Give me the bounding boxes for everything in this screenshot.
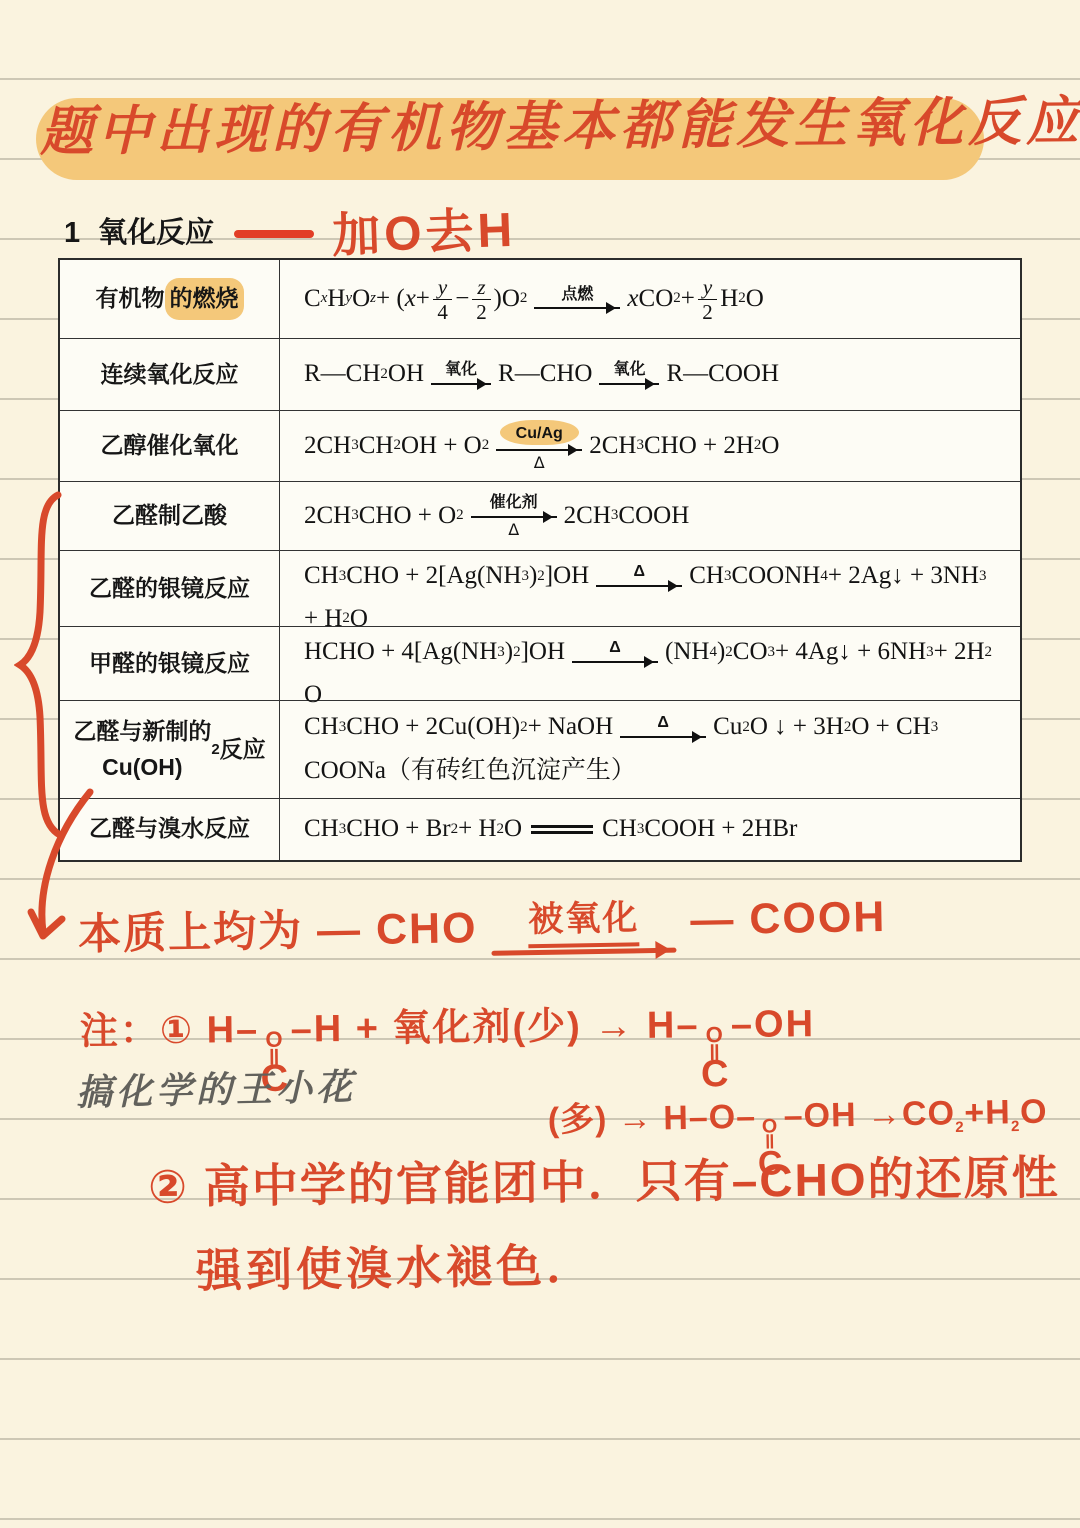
note-3-line2: 强到使溴水褪色． [196, 1229, 597, 1301]
section-title: 氧化反应 [98, 210, 214, 251]
row-label: 乙醛与新制的Cu(OH)2 反应 [60, 701, 280, 797]
page-title: 题中出现的有机物基本都能发生氧化反应 [40, 81, 1001, 175]
row-equation: CH3CHO + Br2 + H2OCH3COOH + 2HBr [280, 799, 1020, 860]
row-equation: CH3CHO + 2[Ag(NH3)2]OHΔCH3COONH4 + 2Ag↓ … [280, 551, 1020, 626]
row-label: 有机物的燃烧 [60, 260, 280, 338]
row-label: 乙醛制乙酸 [60, 482, 280, 550]
table-row: 甲醛的银镜反应 HCHO + 4[Ag(NH3)2]OHΔ(NH4)2CO3 +… [60, 627, 1020, 701]
row-label: 甲醛的银镜反应 [60, 627, 280, 700]
row-equation: 2CH3CHO + O2催化剂Δ2CH3COOH [280, 482, 1020, 550]
section-number: 1 [64, 217, 80, 250]
row-label: 乙醛的银镜反应 [60, 551, 280, 626]
note-3-line1: ② 高中学的官能团中．只有–CHO的还原性 [148, 1141, 1060, 1217]
table-row: 乙醛与溴水反应 CH3CHO + Br2 + H2OCH3COOH + 2HBr [60, 799, 1020, 860]
row-equation: CxHyOz + (x + y4 − z2)O2点燃xCO2 + y2H2O [280, 260, 1020, 338]
table-row: 乙醛的银镜反应 CH3CHO + 2[Ag(NH3)2]OHΔCH3COONH4… [60, 551, 1020, 627]
table-row: 连续氧化反应 R—CH2OH氧化R—CHO氧化R—COOH [60, 339, 1020, 410]
oxidation-reactions-table: 有机物的燃烧 CxHyOz + (x + y4 − z2)O2点燃xCO2 + … [58, 258, 1022, 862]
row-equation: CH3CHO + 2Cu(OH)2 + NaOHΔCu2O ↓ + 3H2O +… [280, 701, 1020, 797]
row-label: 乙醇催化氧化 [60, 411, 280, 481]
notebook-page: 题中出现的有机物基本都能发生氧化反应 1 氧化反应 加O去H 有机物的燃烧 Cx… [0, 0, 1080, 1528]
essence-note: 本质上均为 — CHO 被氧化 — COOH [78, 886, 887, 963]
row-label: 连续氧化反应 [60, 339, 280, 409]
oxidized-arrow: 被氧化 [491, 890, 677, 956]
row-equation: HCHO + 4[Ag(NH3)2]OHΔ(NH4)2CO3 + 4Ag↓ + … [280, 627, 1020, 700]
arrow-shaft [492, 948, 677, 956]
table-row: 有机物的燃烧 CxHyOz + (x + y4 − z2)O2点燃xCO2 + … [60, 260, 1020, 339]
row-equation: 2CH3CH2OH + O2Cu/AgΔ2CH3CHO + 2H2O [280, 411, 1020, 481]
section-annotation: 加O去H [331, 191, 517, 266]
table-row: 乙醛与新制的Cu(OH)2 反应 CH3CHO + 2Cu(OH)2 + NaO… [60, 701, 1020, 798]
red-dash-mark [234, 230, 314, 238]
table-row: 乙醇催化氧化 2CH3CH2OH + O2Cu/AgΔ2CH3CHO + 2H2… [60, 411, 1020, 482]
section-heading: 1 氧化反应 [64, 210, 214, 251]
essence-suffix: — COOH [690, 893, 887, 945]
table-row: 乙醛制乙酸 2CH3CHO + O2催化剂Δ2CH3COOH [60, 482, 1020, 551]
row-equation: R—CH2OH氧化R—CHO氧化R—COOH [280, 339, 1020, 409]
watermark-text: 搞化学的王小花 [75, 1059, 356, 1116]
essence-prefix: 本质上均为 — CHO [78, 894, 478, 962]
oxidized-arrow-label: 被氧化 [528, 890, 640, 948]
